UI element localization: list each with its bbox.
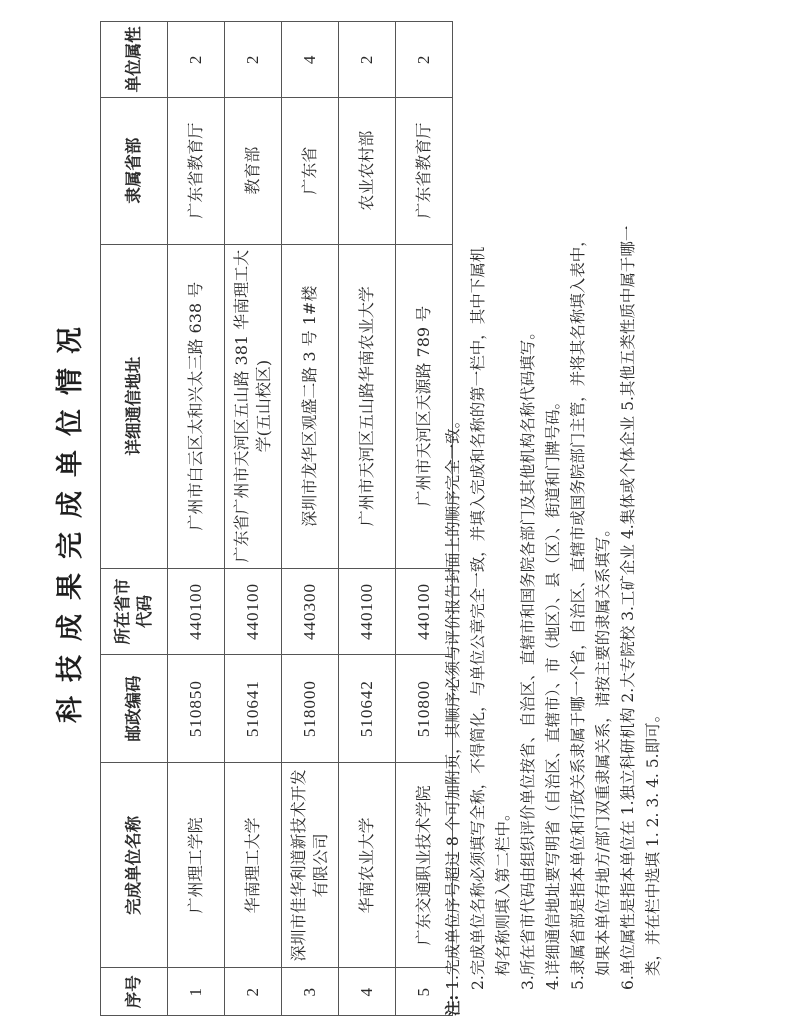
cell-name: 深圳市佳华利道新技术开发有限公司 (282, 763, 339, 968)
header-zip: 邮政编码 (101, 655, 168, 763)
header-code: 所在省市代码 (101, 568, 168, 654)
cell-code: 440100 (339, 568, 396, 654)
cell-name: 广州理工学院 (168, 763, 225, 968)
cell-attr: 2 (168, 22, 225, 98)
cell-zip: 510641 (225, 655, 282, 763)
header-dept: 隶属省部 (101, 97, 168, 244)
note-5-cont: 如果本单位有地方/部门双重隶属关系，请按主要的隶属关系填写。 (591, 21, 616, 1016)
table-row: 2 华南理工大学 510641 440100 广东省广州市天河区五山路 381 … (225, 22, 282, 1016)
cell-address: 广州市天河区五山路华南农业大学 (339, 244, 396, 568)
cell-zip: 510850 (168, 655, 225, 763)
cell-attr: 4 (282, 22, 339, 98)
cell-dept: 教育部 (225, 97, 282, 244)
cell-address: 广东省广州市天河区五山路 381 华南理工大学(五山校区) (225, 244, 282, 568)
table-row: 1 广州理工学院 510850 440100 广州市白云区太和兴太三路 638 … (168, 22, 225, 1016)
document-page: 科技成果完成单位情况 序号 完成单位名称 邮政编码 所在省市代码 详细通信地址 … (0, 0, 789, 1036)
notes-label: 注: (443, 995, 462, 1016)
cell-seq: 4 (339, 968, 396, 1016)
cell-dept: 广东省教育厅 (168, 97, 225, 244)
cell-address: 广州市白云区太和兴太三路 638 号 (168, 244, 225, 568)
cell-name: 华南农业大学 (339, 763, 396, 968)
table-row: 3 深圳市佳华利道新技术开发有限公司 518000 440300 深圳市龙华区观… (282, 22, 339, 1016)
header-name: 完成单位名称 (101, 763, 168, 968)
cell-attr: 2 (225, 22, 282, 98)
cell-attr: 2 (339, 22, 396, 98)
completion-units-table: 序号 完成单位名称 邮政编码 所在省市代码 详细通信地址 隶属省部 单位属性 1… (100, 21, 453, 1016)
cell-seq: 2 (225, 968, 282, 1016)
note-2: 2.完成单位名称必须填写全称，不得简化，与单位公章完全一致，并填入完成和名称的第… (466, 21, 491, 1016)
cell-zip: 510642 (339, 655, 396, 763)
table-header-row: 序号 完成单位名称 邮政编码 所在省市代码 详细通信地址 隶属省部 单位属性 (101, 22, 168, 1016)
cell-zip: 518000 (282, 655, 339, 763)
cell-seq: 1 (168, 968, 225, 1016)
cell-code: 440100 (225, 568, 282, 654)
cell-code: 440100 (168, 568, 225, 654)
header-seq: 序号 (101, 968, 168, 1016)
note-6: 6.单位属性是指本单位在 1.独立科研机构 2.大专院校 3.工矿企业 4.集体… (616, 21, 641, 1016)
cell-name: 华南理工大学 (225, 763, 282, 968)
notes-section: 注: 1.完成单位序号超过 8 个可加附页，其顺序必须与评价报告封面上的顺序完全… (440, 21, 666, 1016)
cell-dept: 农业农村部 (339, 97, 396, 244)
note-2-cont: 构名称则填入第二栏中。 (491, 21, 516, 1016)
note-6-cont: 类，并在栏中选填 1. 2. 3. 4. 5.即可。 (641, 21, 666, 1016)
cell-address: 深圳市龙华区观盛二路 3 号 1#楼 (282, 244, 339, 568)
note-3: 3.所在省市代码由组织评价单位按省、自治区、直辖市和国务院各部门及其他机构名称代… (516, 21, 541, 1016)
note-5: 5.隶属省部是指本单位和行政关系隶属于哪一个省，自治区、直辖市或国务院部门主管，… (566, 21, 591, 1016)
cell-dept: 广东省 (282, 97, 339, 244)
note-4: 4.详细通信地址要写明省（自治区、直辖市）、市（地区）、县（区）、街道和门牌号码… (541, 21, 566, 1016)
header-address: 详细通信地址 (101, 244, 168, 568)
document-title: 科技成果完成单位情况 (48, 0, 87, 1036)
header-attr: 单位属性 (101, 22, 168, 98)
note-1: 注: 1.完成单位序号超过 8 个可加附页，其顺序必须与评价报告封面上的顺序完全… (440, 21, 466, 1016)
cell-code: 440300 (282, 568, 339, 654)
cell-seq: 3 (282, 968, 339, 1016)
table-row: 4 华南农业大学 510642 440100 广州市天河区五山路华南农业大学 农… (339, 22, 396, 1016)
